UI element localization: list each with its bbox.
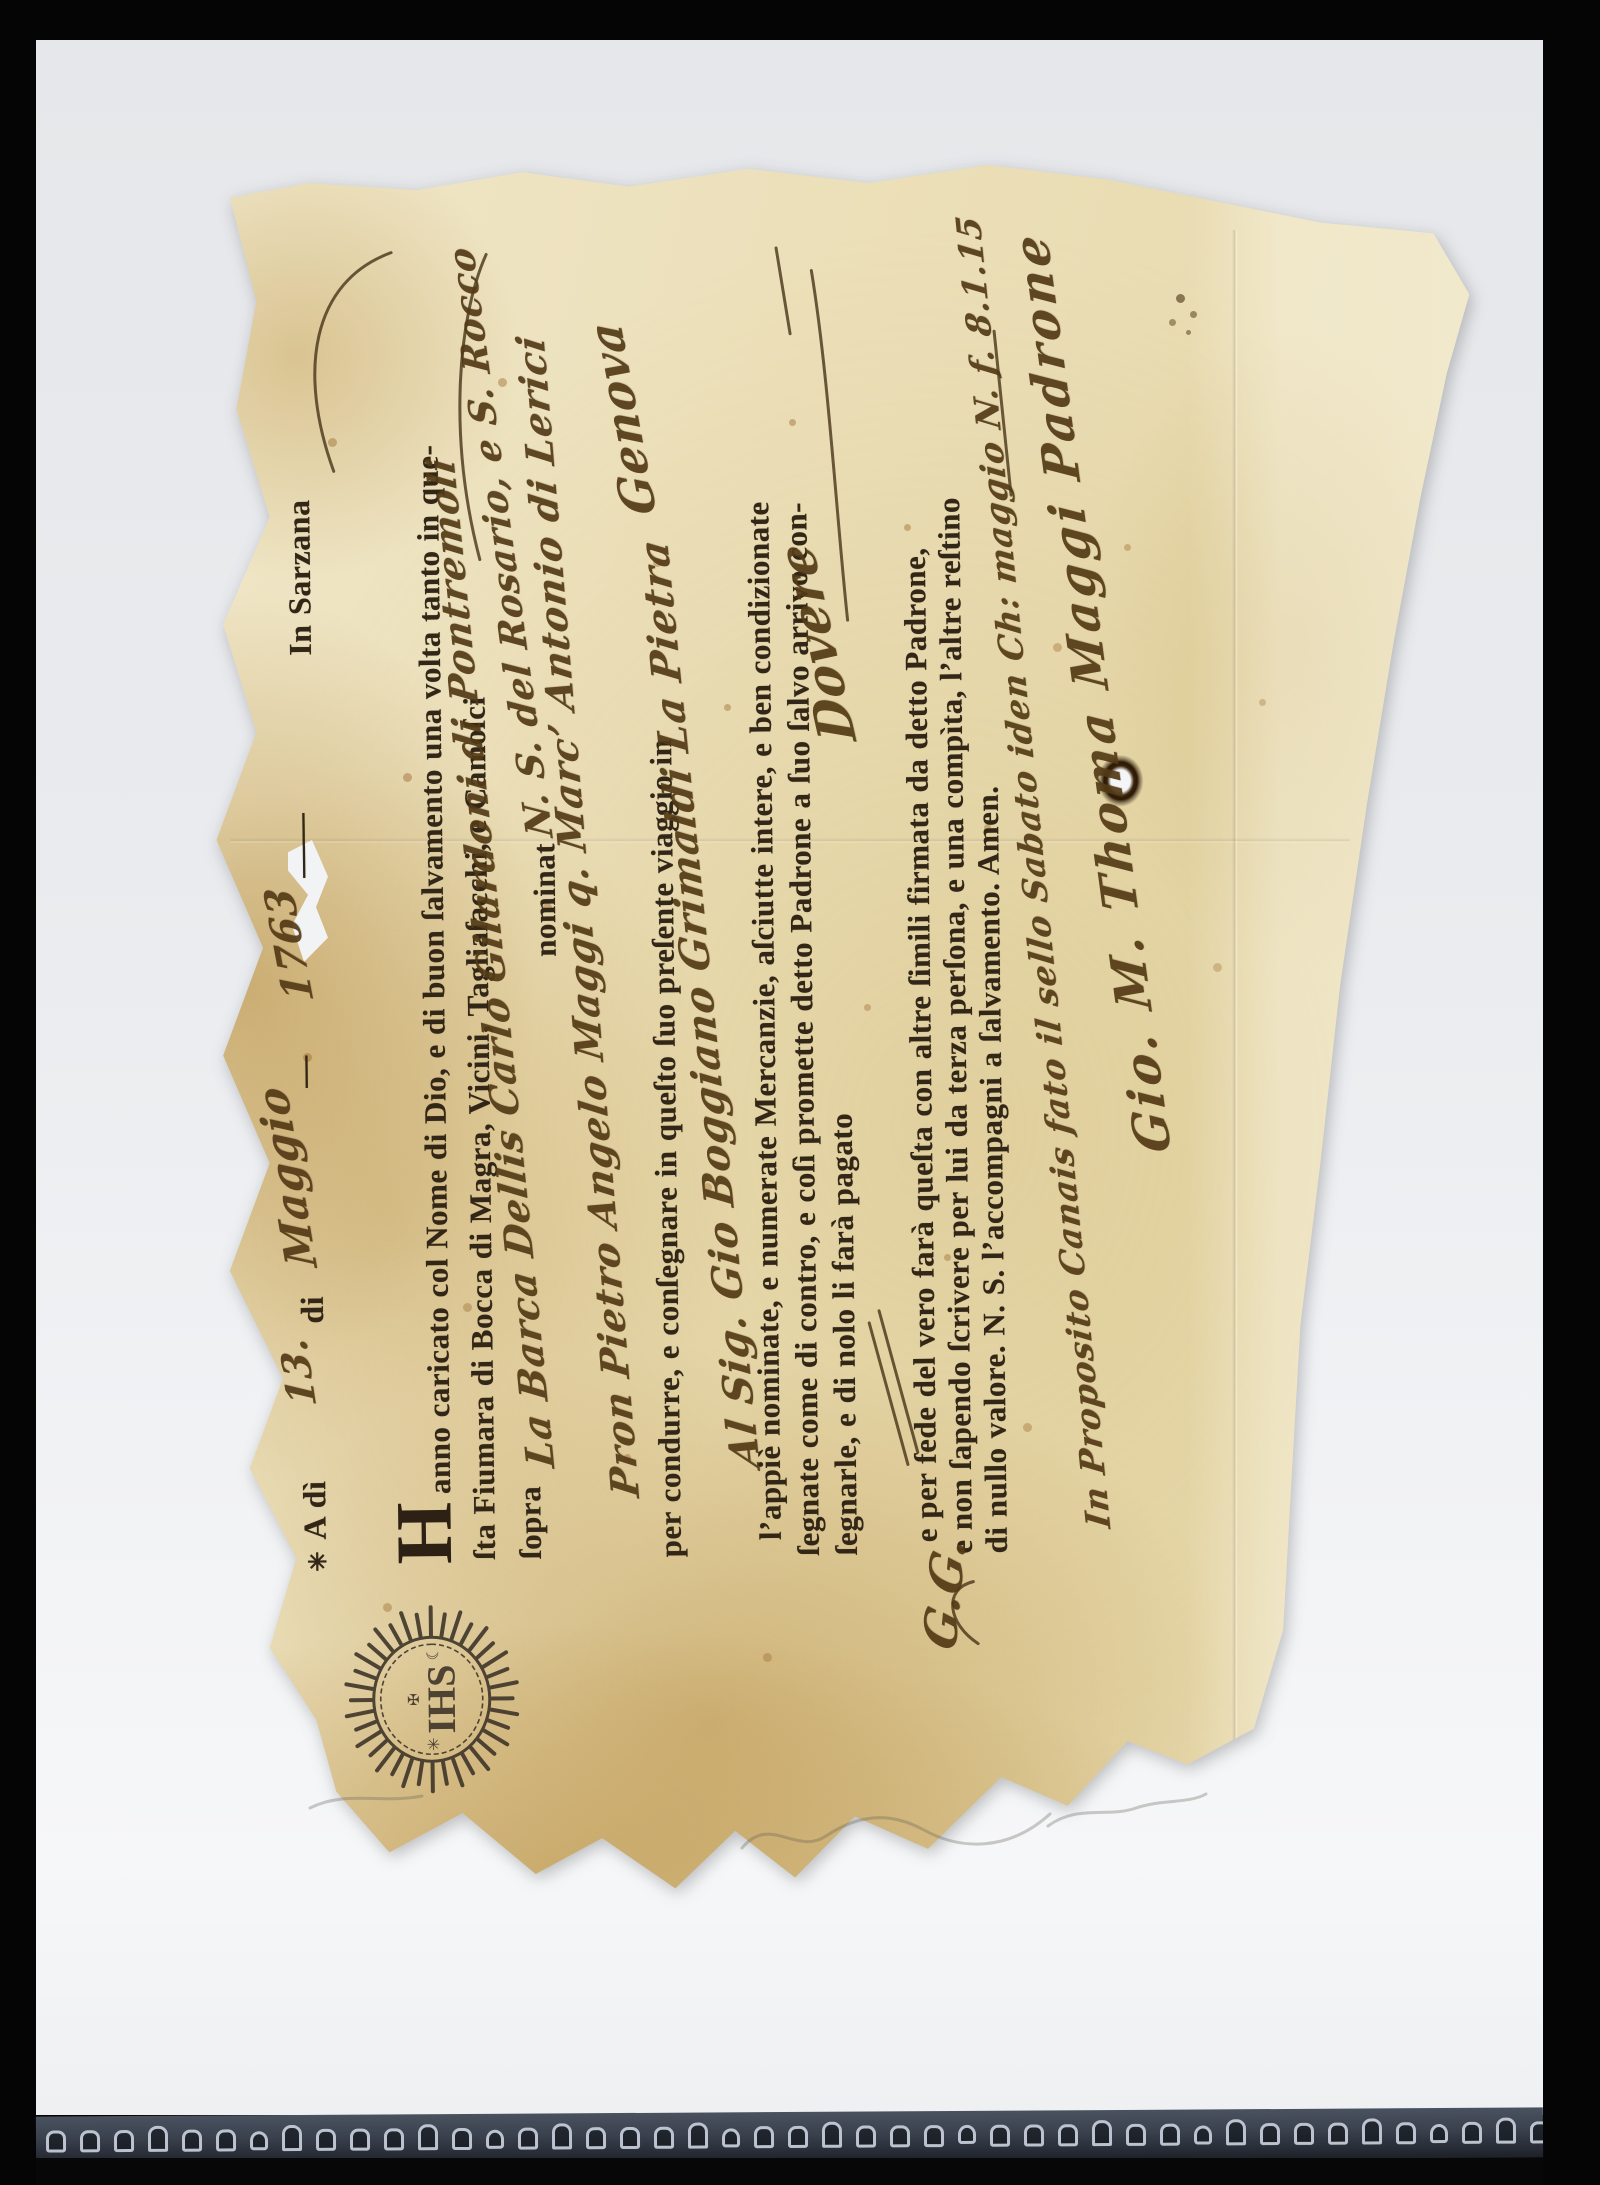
ruler-mark [1194, 2125, 1212, 2144]
ruler-mark [586, 2127, 606, 2149]
drop-cap: H [390, 1502, 459, 1565]
printed-line-10: di nullo valore. N. S. l’accompagni a ſa… [972, 785, 1012, 1553]
hw-destination: Genova [580, 322, 663, 515]
ruler-mark [1058, 2124, 1078, 2146]
header-floral-mark: ✳ [307, 1551, 331, 1572]
vertical-fold-crease [1232, 230, 1238, 1790]
ruler-mark [1126, 2124, 1146, 2146]
ruler-mark [1530, 2121, 1543, 2143]
ruler-mark [552, 2123, 572, 2149]
ruler-mark [688, 2122, 708, 2148]
seal-crescent-icon: ☾ [425, 1646, 442, 1661]
ruler-mark [384, 2128, 404, 2150]
ruler-mark [182, 2130, 202, 2152]
ruler-mark [1092, 2120, 1112, 2146]
ruler-mark [722, 2128, 740, 2147]
hw-margin-mark: G.G. [917, 1530, 972, 1655]
ruler-mark [754, 2126, 774, 2148]
ruler-mark [46, 2130, 66, 2152]
ruler-mark [654, 2127, 674, 2149]
document-text-layer: ✠ IHS ✳ ☾ ✳A dì13.diMaggio—1763——In Sarz… [271, 231, 1210, 1802]
ruler-mark [216, 2129, 236, 2151]
ruler-mark [924, 2125, 944, 2147]
ruler-mark [114, 2130, 134, 2152]
ruler-mark [822, 2122, 842, 2148]
ruler-mark [1328, 2123, 1348, 2145]
ruler-mark [80, 2130, 100, 2152]
ruler-mark [1430, 2123, 1448, 2142]
ruler-mark [620, 2127, 640, 2149]
ihs-sunburst-seal: ✠ IHS ✳ ☾ [334, 1600, 531, 1797]
ruler-mark [1396, 2122, 1416, 2144]
ruler-mark [1160, 2124, 1180, 2146]
ruler-mark [350, 2129, 370, 2151]
ruler-mark [518, 2128, 538, 2150]
ruler-mark [148, 2126, 168, 2152]
ruler-mark [1462, 2122, 1482, 2144]
ruler-mark [1496, 2118, 1516, 2144]
ruler-mark [1260, 2123, 1280, 2145]
photo-of-document: { "colors": { "frame": "#050505", "backi… [0, 0, 1600, 2185]
ruler-mark [250, 2131, 268, 2150]
ruler-mark [788, 2126, 808, 2148]
ruler-mark [316, 2129, 336, 2151]
ruler-mark [958, 2124, 976, 2143]
header-a-di: A dì [298, 1480, 331, 1539]
ruler-mark [990, 2125, 1010, 2147]
ruler-mark [418, 2124, 438, 2150]
header-di: di [296, 1296, 328, 1324]
ruler-mark [1294, 2123, 1314, 2145]
header-dash-2: —— [284, 813, 317, 878]
seal-monogram: IHS [418, 1664, 464, 1733]
ruler-mark [1024, 2124, 1044, 2146]
printed-sopra: ſopra [514, 1486, 546, 1559]
ruler-mark [1362, 2118, 1382, 2144]
ruler-mark [282, 2125, 302, 2151]
header-place: In Sarzana [282, 499, 316, 656]
foxing-spots [150, 140, 155, 145]
printed-line-7: ſegnarle, e di nolo li farà pagato [826, 1113, 862, 1556]
ruler-mark [486, 2129, 504, 2148]
frame-bottom-bar [36, 2158, 1543, 2185]
ruler-mark [452, 2128, 472, 2150]
ruler-mark [890, 2125, 910, 2147]
ruler-mark [856, 2125, 876, 2147]
hw-day: 13. [273, 1336, 322, 1407]
header-dash-1: — [287, 1055, 319, 1088]
ruler-mark [1226, 2119, 1246, 2145]
seal-star-icon: ✳ [426, 1737, 443, 1751]
